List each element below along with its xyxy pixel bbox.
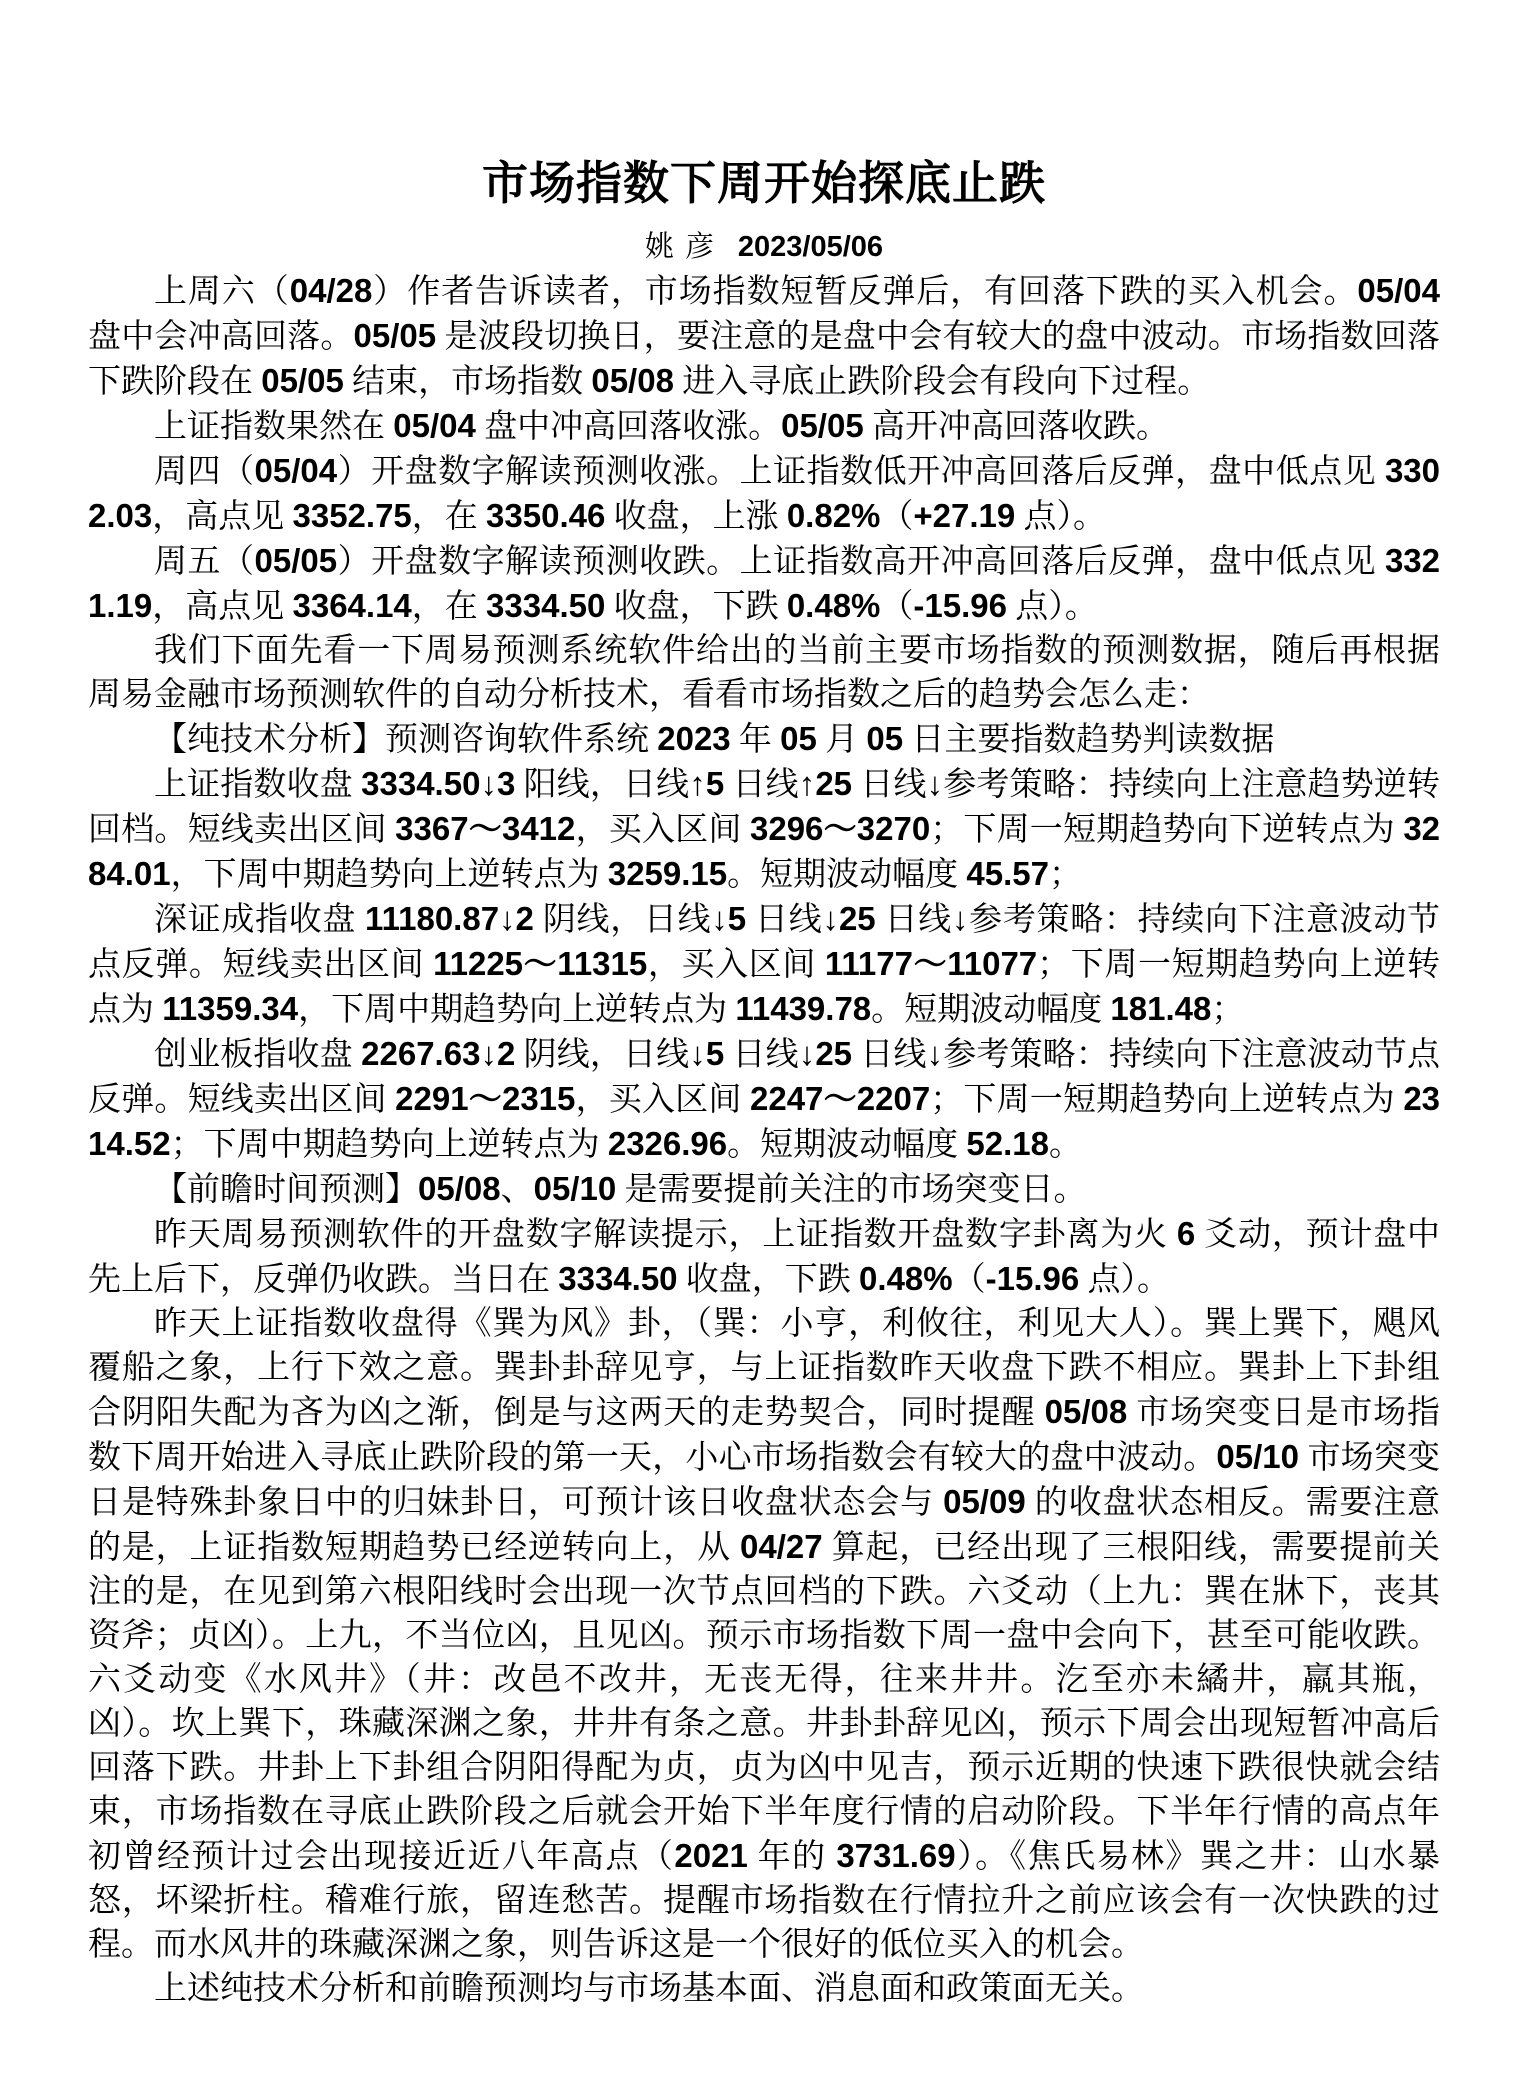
text-run: ）开盘数字解读预测收涨。上证指数低开冲高回落后反弹，盘中低点见: [337, 454, 1385, 490]
text-run: 日线↑: [724, 767, 815, 803]
paragraph-1: 上周六（04/28）作者告诉读者，市场指数短暂反弹后，有回落下跌的买入机会。05…: [88, 269, 1440, 404]
paragraph-2: 上证指数果然在 05/04 盘中冲高回落收涨。05/05 高开冲高回落收跌。: [88, 404, 1440, 449]
text-run: 点）。: [1007, 589, 1098, 625]
text-run: 昨天周易预测软件的开盘数字解读提示，上证指数开盘数字卦离为火: [154, 1217, 1177, 1253]
text-run: 盘中冲高回落收涨。: [476, 409, 781, 445]
paragraph-5: 我们下面先看一下周易预测系统软件给出的当前主要市场指数的预测数据，随后再根据周易…: [88, 629, 1440, 717]
text-run: 创业板指收盘: [154, 1037, 361, 1073]
number-run: 2021: [674, 1837, 747, 1874]
number-run: 05/04: [1357, 272, 1440, 309]
text-run: ，在: [412, 589, 486, 625]
paragraph-12: 昨天上证指数收盘得《巽为风》卦，（巽：小亨，利攸往，利见大人）。巽上巽下，飓风覆…: [88, 1302, 1440, 1967]
paragraph-8: 深证成指收盘 11180.87↓2 阴线，日线↓5 日线↓25 日线↓参考策略：…: [88, 897, 1440, 1032]
byline: 姚 彦 2023/05/06: [88, 230, 1440, 264]
number-run: 05/04: [393, 407, 476, 444]
number-run: 3334.50: [558, 1260, 677, 1297]
number-run: 2023: [657, 720, 730, 757]
number-run: 11180.87: [365, 900, 499, 937]
number-run: 2326.96: [608, 1125, 727, 1162]
number-run: 3367～3412: [395, 810, 575, 847]
number-run: 05/05: [354, 317, 437, 354]
text-run: ）作者告诉读者，市场指数短暂反弹后，有回落下跌的买入机会。: [372, 274, 1357, 310]
text-run: 。短期波动幅度: [871, 992, 1110, 1028]
text-run: 。短期波动幅度: [727, 1127, 966, 1163]
number-run: 11439.78: [735, 990, 871, 1027]
text-run: ，下周中期趋势向上逆转点为: [298, 992, 735, 1028]
text-run: ↓: [480, 1037, 497, 1073]
text-run: ，在: [412, 499, 486, 535]
publish-date: 2023/05/06: [738, 231, 883, 263]
text-run: （: [880, 499, 913, 535]
number-run: -15.96: [986, 1260, 1080, 1297]
text-run: 进入寻底止跌阶段会有段向下过程。: [674, 364, 1210, 400]
number-run: 3731.69: [836, 1837, 955, 1874]
text-run: 周四（: [154, 454, 255, 490]
text-run: 收盘，上涨: [605, 499, 787, 535]
number-run: 05/05: [255, 542, 338, 579]
text-run: 上证指数收盘: [154, 767, 361, 803]
number-run: 11177～11077: [825, 945, 1037, 982]
text-run: ，买入区间: [647, 947, 825, 983]
text-run: 结束，市场指数: [344, 364, 592, 400]
text-run: 高开冲高回落收跌。: [864, 409, 1169, 445]
text-run: 年的: [748, 1839, 836, 1875]
number-run: 5: [728, 900, 746, 937]
paragraph-3: 周四（05/04）开盘数字解读预测收涨。上证指数低开冲高回落后反弹，盘中低点见 …: [88, 449, 1440, 539]
text-run: 日线↓: [746, 902, 839, 938]
text-run: （: [880, 589, 913, 625]
text-run: ）开盘数字解读预测收跌。上证指数高开冲高回落后反弹，盘中低点见: [337, 544, 1385, 580]
paragraph-13: 上述纯技术分析和前瞻预测均与市场基本面、消息面和政策面无关。: [88, 1967, 1440, 2011]
number-run: -15.96: [913, 587, 1007, 624]
text-run: ，高点见: [152, 589, 292, 625]
number-run: 25: [815, 765, 852, 802]
number-run: 0.48%: [787, 587, 881, 624]
paragraph-4: 周五（05/05）开盘数字解读预测收跌。上证指数高开冲高回落后反弹，盘中低点见 …: [88, 539, 1440, 629]
text-run: 月: [817, 722, 867, 758]
number-run: 5: [706, 765, 724, 802]
text-run: ，买入区间: [575, 812, 750, 848]
text-run: 深证成指收盘: [154, 902, 365, 938]
number-run: +27.19: [913, 497, 1015, 534]
text-run: ，高点见: [152, 499, 292, 535]
number-run: 2: [516, 900, 534, 937]
number-run: 05/05: [261, 362, 344, 399]
number-run: 05/05: [781, 407, 864, 444]
paragraph-6: 【纯技术分析】预测咨询软件系统 2023 年 05 月 05 日主要指数趋势判读…: [88, 717, 1440, 762]
text-run: 。: [1049, 1127, 1082, 1163]
article-title: 市场指数下周开始探底止跌: [88, 156, 1440, 210]
paragraph-10: 【前瞻时间预测】05/08、05/10 是需要提前关注的市场突变日。: [88, 1167, 1440, 1212]
text-run: 日线↓: [724, 1037, 815, 1073]
text-run: 【前瞻时间预测】: [154, 1172, 418, 1208]
number-run: 04/28: [290, 272, 373, 309]
text-run: 周五（: [154, 544, 255, 580]
number-run: 05/10: [534, 1170, 617, 1207]
number-run: 181.48: [1110, 990, 1211, 1027]
number-run: 05/09: [943, 1483, 1026, 1520]
text-run: 收盘，下跌: [678, 1262, 860, 1298]
text-run: 上周六（: [154, 274, 290, 310]
number-run: 3259.15: [608, 855, 727, 892]
number-run: 04/27: [740, 1528, 823, 1565]
text-run: ；下周一短期趋势向下逆转点为: [930, 812, 1403, 848]
text-run: 阴线，日线↓: [534, 902, 728, 938]
text-run: （: [953, 1262, 986, 1298]
number-run: 0.82%: [787, 497, 881, 534]
number-run: 3296～3270: [750, 810, 930, 847]
number-run: 05: [780, 720, 817, 757]
text-run: 【纯技术分析】预测咨询软件系统: [154, 722, 657, 758]
number-run: 3: [497, 765, 515, 802]
text-run: ↓: [499, 902, 516, 938]
document-page: 市场指数下周开始探底止跌 姚 彦 2023/05/06 上周六（04/28）作者…: [0, 0, 1528, 2087]
number-run: 5: [706, 1035, 724, 1072]
text-run: 上证指数果然在: [154, 409, 393, 445]
number-run: 05/08: [1045, 1393, 1128, 1430]
number-run: 3334.50: [486, 587, 605, 624]
text-run: 点）。: [1079, 1262, 1170, 1298]
number-run: 05/10: [1216, 1438, 1299, 1475]
text-run: 上述纯技术分析和前瞻预测均与市场基本面、消息面和政策面无关。: [154, 1971, 1144, 2007]
number-run: 2247～2207: [750, 1080, 930, 1117]
paragraph-9: 创业板指收盘 2267.63↓2 阴线，日线↓5 日线↓25 日线↓参考策略：持…: [88, 1032, 1440, 1167]
number-run: 2: [497, 1035, 515, 1072]
text-run: ；: [1049, 857, 1082, 893]
number-run: 25: [839, 900, 876, 937]
text-run: 我们下面先看一下周易预测系统软件给出的当前主要市场指数的预测数据，随后再根据周易…: [88, 633, 1440, 713]
number-run: 05/08: [591, 362, 674, 399]
number-run: 11359.34: [162, 990, 298, 1027]
text-run: 、: [501, 1172, 534, 1208]
text-run: 是需要提前关注的市场突变日。: [616, 1172, 1086, 1208]
number-run: 2291～2315: [395, 1080, 575, 1117]
number-run: 3352.75: [292, 497, 411, 534]
number-run: 3334.50: [361, 765, 480, 802]
number-run: 3350.46: [486, 497, 605, 534]
text-run: 点）。: [1015, 499, 1106, 535]
number-run: 0.48%: [859, 1260, 953, 1297]
text-run: ；: [1211, 992, 1244, 1028]
number-run: 45.57: [966, 855, 1049, 892]
number-run: 05/04: [255, 452, 338, 489]
text-run: 收盘，下跌: [605, 589, 787, 625]
number-run: 25: [815, 1035, 852, 1072]
author-name: 姚 彦: [645, 231, 716, 263]
number-run: 3364.14: [292, 587, 411, 624]
paragraph-7: 上证指数收盘 3334.50↓3 阳线，日线↑5 日线↑25 日线↓参考策略：持…: [88, 762, 1440, 897]
number-run: 6: [1177, 1215, 1195, 1252]
text-run: ；下周中期趋势向上逆转点为: [171, 1127, 608, 1163]
paragraph-11: 昨天周易预测软件的开盘数字解读提示，上证指数开盘数字卦离为火 6 爻动，预计盘中…: [88, 1212, 1440, 1302]
article-body: 上周六（04/28）作者告诉读者，市场指数短暂反弹后，有回落下跌的买入机会。05…: [88, 269, 1440, 2011]
text-run: 算起，已经出现了三根阳线，需要提前关注的是，在见到第六根阳线时会出现一次节点回档…: [88, 1530, 1440, 1875]
text-run: 阴线，日线↓: [515, 1037, 706, 1073]
number-run: 05/08: [418, 1170, 501, 1207]
text-run: 。短期波动幅度: [727, 857, 966, 893]
number-run: 52.18: [966, 1125, 1049, 1162]
text-run: 阳线，日线↑: [515, 767, 706, 803]
number-run: 11225～11315: [433, 945, 647, 982]
text-run: 盘中会冲高回落。: [88, 319, 354, 355]
text-run: ；下周一短期趋势向上逆转点为: [930, 1082, 1403, 1118]
number-run: 05: [866, 720, 903, 757]
text-run: 年: [731, 722, 781, 758]
text-run: ，买入区间: [575, 1082, 750, 1118]
text-run: 日主要指数趋势判读数据: [903, 722, 1274, 758]
text-run: ↓: [480, 767, 497, 803]
number-run: 2267.63: [361, 1035, 480, 1072]
text-run: ，下周中期趋势向上逆转点为: [171, 857, 608, 893]
